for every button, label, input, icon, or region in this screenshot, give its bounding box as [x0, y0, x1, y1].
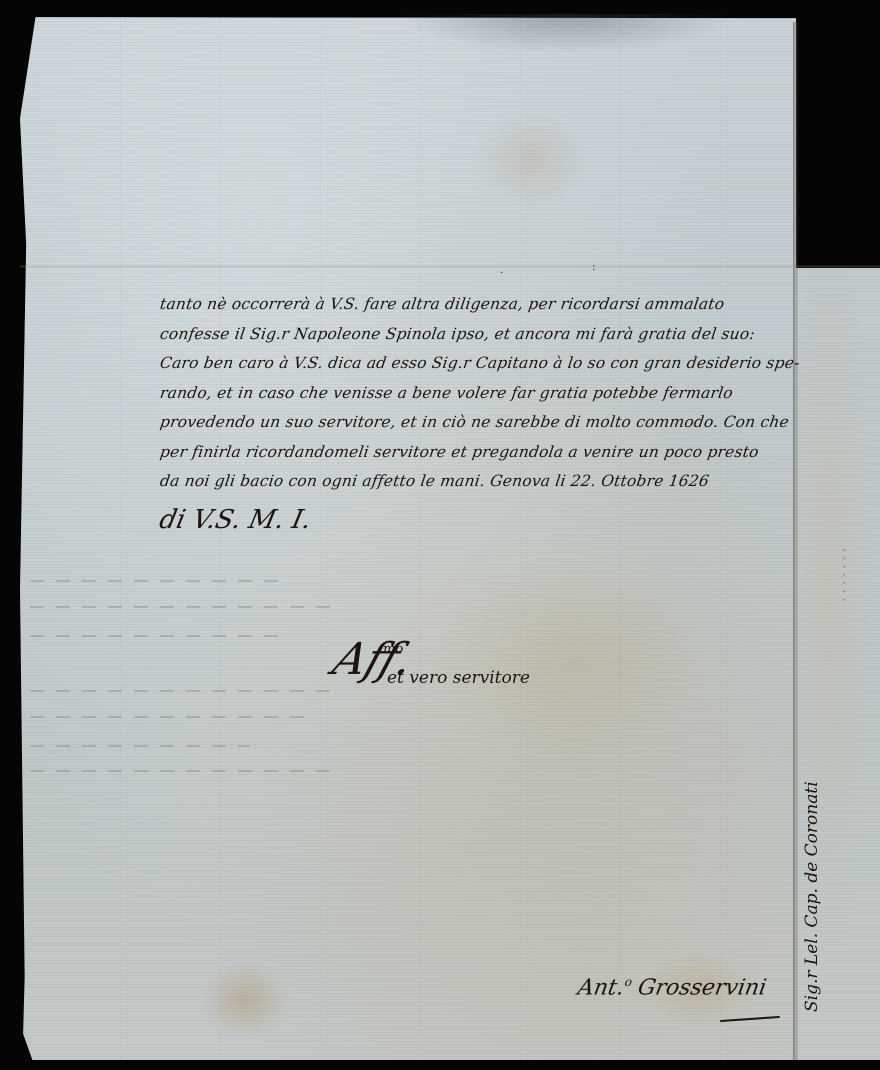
- subscription-superscript: mo: [383, 642, 403, 657]
- signature: Ant.o Grosservini: [576, 975, 769, 1000]
- ink-bleed-through: [30, 635, 280, 637]
- subscription-text: et vero servitore: [387, 668, 530, 688]
- ink-bleed-through: [30, 580, 290, 582]
- ink-dots: ·: [500, 268, 503, 279]
- letter-line: provedendo un suo servitore, et in ciò n…: [158, 408, 792, 438]
- letter-line: per finirla ricordandomeli servitore et …: [158, 438, 792, 468]
- letter-sheet: [20, 14, 796, 1060]
- top-shadow: [400, 14, 730, 54]
- signature-last: Grosservini: [636, 975, 769, 1000]
- ink-bleed-through: [30, 745, 250, 747]
- letter-line: confesse il Sig.r Napoleone Spinola ipso…: [158, 320, 792, 350]
- faded-marginal-note: · · · · · · ·: [834, 548, 852, 602]
- ink-bleed-through: [30, 716, 310, 718]
- vertical-fold-crease: [793, 22, 798, 1060]
- horizontal-fold-crease: [20, 265, 880, 268]
- letter-body: tanto nè occorrerà à V.S. fare altra dil…: [160, 290, 790, 497]
- letter-line: tanto nè occorrerà à V.S. fare altra dil…: [158, 290, 792, 320]
- closing-abbreviation: di V.S. M. I.: [157, 505, 314, 535]
- signature-first: Ant.: [576, 975, 626, 1000]
- ink-bleed-through: [30, 770, 330, 772]
- ink-bleed-through: [30, 690, 330, 692]
- letter-line: rando, et in caso che venisse a bene vol…: [158, 379, 792, 409]
- letter-line: da noi gli bacio con ogni affetto le man…: [158, 467, 792, 497]
- address-endorsement: Sig.r Lel. Cap. de Coronati: [802, 781, 822, 1012]
- ink-dots: :: [592, 262, 595, 273]
- signature-superscript: o: [624, 975, 634, 989]
- letter-line: Caro ben caro à V.S. dica ad esso Sig.r …: [158, 349, 792, 379]
- ink-bleed-through: [30, 606, 330, 608]
